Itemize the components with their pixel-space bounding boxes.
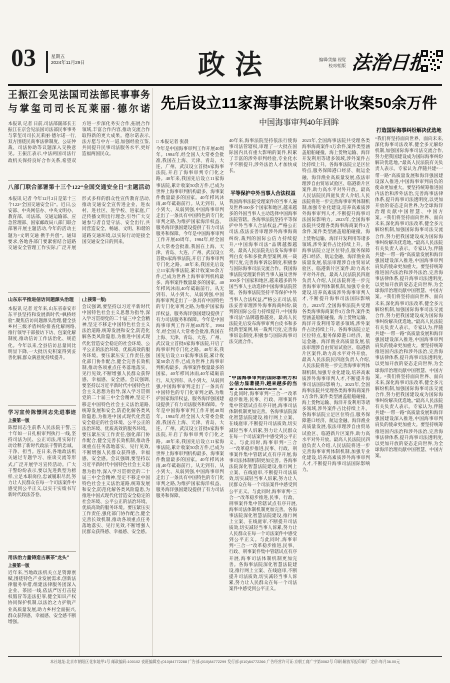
article-divider	[8, 180, 150, 181]
main-column-1: □ 本报记者 张晨 今年是中国海事审判工作开展40周年。1984年,经全国人大常…	[156, 138, 224, 656]
article-divider	[8, 405, 76, 406]
page-number: 03	[11, 46, 36, 72]
main-body-col2a: 40年来,海事法院坚持依法行使海事司法管辖权,审理了一大批在国际国内具有重大影响…	[229, 138, 297, 190]
main-column-2: 40年来,海事法院坚持依法行使海事司法管辖权,审理了一大批在国际国内具有重大影响…	[229, 138, 297, 656]
editor-meta: 编辑∕美编 视觉 校对∕组版	[284, 57, 346, 69]
main-body-col4: “我们将坚持面向世界、面向未来,深化海事司法改革,健全多元解纷机制,加强国际海事…	[375, 136, 443, 654]
footer-rule	[8, 656, 442, 657]
qr-code-icon	[421, 50, 443, 72]
article-body-wangzhenjiang: 本报讯 记者 日前,司法部副部长王振江在京会见法国司法部民事事务与掌玺司司长瓦莱…	[8, 121, 150, 178]
headline-dongping-petition: 山东东平推进信访问题源头治理	[8, 297, 76, 303]
crosshead-dispute-resolution: 打造国际海事纠纷解决优选地	[375, 127, 443, 136]
page-number-divider	[46, 51, 48, 73]
headline-tea-brand-rule-of-law: 用法治力量铸造古寨茶“龙头”	[8, 555, 76, 561]
article-body-tea-brand: 近年来,当地政法机关立足资源禀赋,围绕特色产业发展需求,创新法律服务举措,组建法…	[8, 570, 76, 656]
article-divider	[8, 292, 150, 293]
masthead-logo: 法治日报	[351, 48, 429, 75]
headline-traffic-safety-day: 八部门联合部署第十三个122“全国交通安全日”主题活动	[8, 184, 150, 192]
headline-wangzhenjiang-meeting: 王振江会见法国司法部民事事务与掌玺司司长瓦莱丽·德尔诺	[8, 90, 150, 117]
headline-chenjing-deeds: 学习宣传陈憬同志先进事迹	[8, 409, 76, 416]
main-body-col2c: 与此同时,海事审判“三合一”改革稳步推进,民事、行政、刑事案件集中管辖试点有序开…	[229, 391, 297, 651]
main-headline-maritime-courts: 先后设立11家海事法院累计收案50余万件	[154, 92, 444, 113]
article-body-chenjing: 陈憬同志生前系人民法院干警,三十年如一日扎根审判执行一线,坚持司法为民、公正司法…	[8, 425, 76, 549]
date: 2024年11月29日	[51, 60, 85, 66]
date-block: 星期五 2024年11月29日	[51, 54, 85, 67]
continued-from-page-one: 上接第一版	[8, 418, 29, 424]
continuation-body: 会议强调,要坚持以习近平新时代中国特色社会主义思想为指导,深入学习贯彻党的二十届…	[82, 304, 150, 656]
crosshead-equal-protection: 平等保护中外当事人合法权益	[229, 190, 297, 199]
pull-quote: “中国海事审判的国际影响力和公信力显著提升,越来越多的当事人选择到中国打官司。”	[229, 376, 297, 390]
footer-imprint: 本社地址:北京市朝阳区花家地甲1号 邮政编码:100102 夜班编辑室:(010…	[8, 660, 442, 665]
column-rule	[79, 297, 80, 656]
continued-from-page-one: (上接第一版)	[82, 297, 106, 303]
article-body-dongping: 本报讯 记者 近年来,山东省泰安市东平县坚持和发展新时代“枫桥经验”,聚焦信访问…	[8, 306, 76, 402]
byline: □ 本报记者 张晨	[156, 138, 224, 146]
newspaper-page: 03 星期五 2024年11月29日 政法 编辑∕美编 视觉 校对∕组版 法治日…	[0, 0, 450, 683]
zone-rule	[152, 88, 153, 656]
header-rule	[8, 84, 442, 86]
article-divider	[8, 551, 76, 552]
main-body-col3: 2023年,全国海事法院共受理各类海事海商案件3万余件,案件类型涵盖船舶碰撞、海…	[302, 138, 370, 656]
section-title: 政法	[165, 43, 295, 82]
main-body-col1: 今年是中国海事审判工作开展40周年。1984年,经全国人大常委会批准,我国在上海…	[156, 146, 224, 654]
main-column-4: 打造国际海事纠纷解决优选地 “我们将坚持面向世界、面向未来,深化海事司法改革,健…	[375, 127, 443, 656]
proofreader-line: 校对∕组版	[284, 63, 346, 69]
continued-from-page-one: 上接第一版	[8, 563, 29, 569]
main-body-col2b: 我国海事法院受理案件的当事人遍及世界100多个国家和地区,越来越多的外国当事人主…	[229, 199, 297, 375]
article-body-traffic-safety: 本报讯 记者 今年12月2日是第十三个122“全国交通安全日”。近日,公安部、中…	[8, 196, 150, 290]
